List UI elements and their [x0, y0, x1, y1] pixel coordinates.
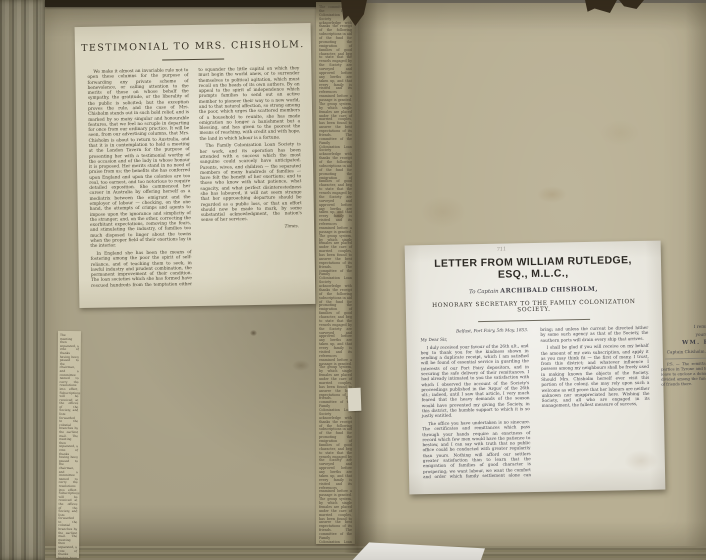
testimonial-paragraph: We make it almost an invariable rule not…	[87, 68, 191, 249]
closing-line: I remain, my Dear Sir,	[660, 323, 706, 330]
letter-paragraph: I duly received your favour of the 26th …	[421, 343, 530, 419]
title-divider	[162, 58, 224, 60]
letter-divider	[478, 319, 590, 322]
letter-paragraph: I shall be glad if you will receive on m…	[541, 343, 650, 408]
paper-tab	[348, 388, 362, 411]
addressee-prefix: To Captain	[469, 289, 500, 296]
rutledge-letter-sheet: 711 LETTER FROM WILLIAM RUTLEDGE, ESQ., …	[405, 241, 666, 495]
testimonial-paragraph: The Family Colonization Loan Society is …	[200, 143, 302, 224]
closing-addressee: Captain Chisholm.	[661, 348, 706, 355]
addressee-name: ARCHIBALD CHISHOLM,	[500, 286, 598, 295]
letter-title: LETTER FROM WILLIAM RUTLEDGE, ESQ., M.L.…	[419, 254, 647, 282]
letter-salutation: My Dear Sir,	[420, 335, 528, 342]
page-edge-line-top	[343, 0, 706, 3]
signature: WM. RUTLEDGE.	[660, 338, 706, 347]
testimonial-attribution: Times.	[201, 224, 302, 231]
book-cover-edge-top	[45, 0, 343, 7]
letter-closing-block: I remain, my Dear Sir, yours very sincer…	[660, 323, 706, 395]
letter-body-columns: Belfast, Port Fairy, 5th May, 1853. My D…	[420, 325, 651, 482]
testimonial-title: TESTIMONIAL TO MRS. CHISHOLM.	[75, 39, 311, 54]
letter-subtitle: HONORARY SECRETARY TO THE FAMILY COLONIZ…	[420, 299, 648, 315]
testimonial-clipping: TESTIMONIAL TO MRS. CHISHOLM. We make it…	[75, 23, 316, 308]
newsprint-strip-gutter: The committee of the Family Colonization…	[316, 2, 355, 544]
postscript: P.S. — The remittances per my two last l…	[661, 361, 706, 387]
postscript-divider	[665, 357, 706, 360]
scrapbook-scan: The committee of the Family Colonization…	[0, 0, 706, 560]
newsprint-strip-bottom-left: The meeting then separated, a vote of th…	[56, 331, 81, 558]
book-page-edges-left	[0, 0, 47, 560]
letter-addressee-line: To Captain ARCHIBALD CHISHOLM,	[419, 285, 647, 296]
postscript-initials: W. R.	[661, 387, 706, 395]
testimonial-columns: We make it almost an invariable rule not…	[87, 66, 303, 294]
pencil-annotation: 711	[497, 246, 507, 253]
letter-dateline: Belfast, Port Fairy, 5th May, 1853.	[420, 327, 528, 334]
closing-line: yours very sincerely,	[660, 330, 706, 337]
